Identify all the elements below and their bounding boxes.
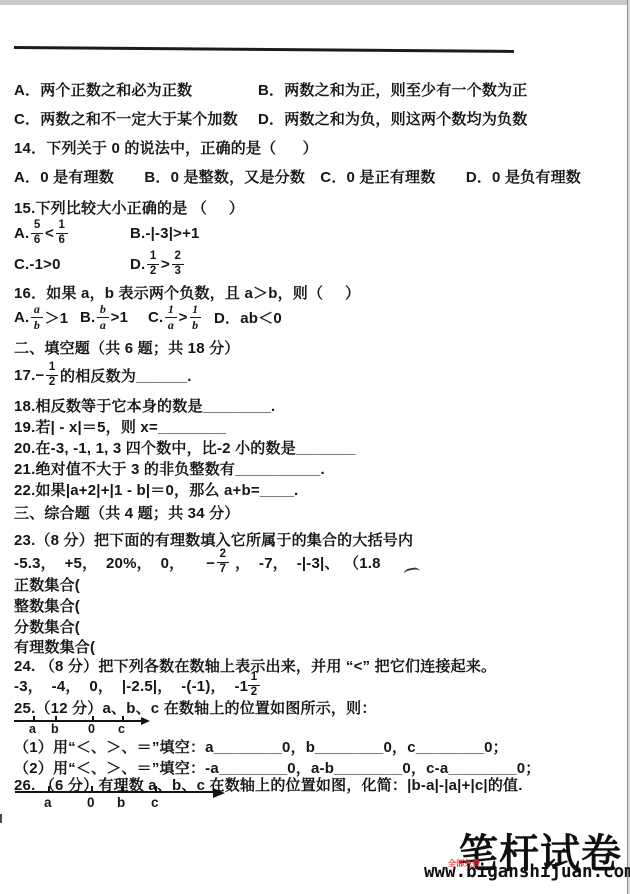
q15-fraction-1-6: 16	[56, 220, 68, 247]
q16-fraction-1-a: 1a	[165, 303, 176, 331]
q17-prefix: 17.−	[14, 367, 44, 384]
q15-option-d: D. 12 > 23	[130, 251, 186, 278]
q13-option-c: C．两数之和不一定大于某个加数	[14, 108, 258, 129]
q26-line-label-0: 0	[87, 795, 95, 810]
q15-fraction-1-2: 12	[147, 251, 159, 278]
q15-options-row-1: A. 56 < 16 B.-|-3|>+1	[14, 218, 200, 248]
q21-line: 21.绝对值不大于 3 的非负整数有__________.	[14, 458, 325, 479]
q20-line: 20.在-3, -1, 1, 3 四个数中，比-2 小的数是_______	[14, 437, 356, 458]
q26-number-line: a 0 b c	[15, 785, 245, 815]
q15-option-a-operator: <	[45, 225, 54, 242]
q15-option-c: C.-1>0	[14, 256, 130, 273]
q23-set-integer: 整数集合(	[14, 595, 80, 616]
q25-line-label-a: a	[29, 722, 36, 736]
q16-option-c: C. 1a > 1b	[148, 303, 214, 331]
q15-option-a: A. 56 < 16	[14, 220, 130, 247]
q16-stem: 16．如果 a，b 表示两个负数，且 a＞b，则（ ）	[14, 282, 360, 303]
q26-line-label-a: a	[44, 795, 52, 810]
q25-number-line: a b 0 c	[14, 712, 154, 738]
q13-option-a: A．两个正数之和必为正数	[14, 79, 258, 100]
q23-set-rational: 有理数集合(	[14, 636, 95, 657]
q16-option-a: A. ab ＞1	[14, 303, 80, 331]
q13-option-d: D．两数之和为负，则这两个数均为负数	[258, 111, 527, 128]
q23-set-fraction: 分数集合(	[14, 616, 80, 637]
q24-fraction-1-2: 12	[248, 672, 260, 699]
q24-numbers-before: -3， -4， 0， |-2.5|， -(-1)， -1	[14, 675, 248, 696]
stray-pen-mark	[403, 567, 420, 579]
q16-option-d: D．ab＜0	[214, 307, 282, 328]
q26-line-label-c: c	[151, 795, 159, 810]
q16-options-row: A. ab ＞1 B. ba >1 C. 1a > 1b D．ab＜0	[14, 302, 282, 332]
q15-stem: 15.下列比较大小正确的是 （ ）	[14, 197, 244, 218]
q23-fraction-2-7: 27	[217, 549, 229, 576]
q22-line: 22.如果|a+2|+|1 - b|＝0，那么 a+b=____.	[14, 479, 298, 500]
q16-fraction-b-a: ba	[97, 303, 108, 331]
q18-line: 18.相反数等于它本身的数是________.	[14, 395, 275, 416]
q23-numbers-line: -5.3， +5， 20%， 0， − 27 ， -7， -|-3|、 （1.8	[14, 547, 381, 577]
q25-line-label-b: b	[51, 722, 59, 736]
q15-fraction-5-6: 56	[31, 220, 43, 247]
q13-option-b: B．两数之和为正，则至少有一个数为正	[258, 82, 527, 99]
q13-options-row-2: C．两数之和不一定大于某个加数D．两数之和为负，则这两个数均为负数	[14, 108, 527, 129]
q13-options-row-1: A．两个正数之和必为正数B．两数之和为正，则至少有一个数为正	[14, 79, 527, 100]
q15-option-b: B.-|-3|>+1	[130, 225, 200, 242]
exam-paper-page: A．两个正数之和必为正数B．两数之和为正，则至少有一个数为正 C．两数之和不一定…	[0, 0, 630, 894]
q23-set-positive: 正数集合(	[14, 574, 80, 595]
q25-line-label-0: 0	[88, 722, 95, 736]
q26-line-label-b: b	[117, 795, 125, 810]
q15-option-a-label: A.	[14, 225, 29, 242]
header-rule	[14, 46, 514, 53]
q15-option-d-operator: >	[161, 256, 170, 273]
watermark-url: www.biganshijuan.com	[424, 862, 630, 882]
q16-option-b: B. ba >1	[80, 303, 148, 331]
q15-options-row-2: C.-1>0 D. 12 > 23	[14, 249, 186, 279]
q25-blank-line-1: （1）用“＜、＞、＝”填空：a________0，b________0，c___…	[14, 736, 508, 757]
q17-fraction-1-2: 12	[46, 362, 58, 389]
q14-stem: 14．下列关于 0 的说法中，正确的是（ ）	[14, 137, 318, 158]
q25-line-label-c: c	[118, 722, 125, 736]
q17-suffix: 的相反数为______.	[60, 365, 192, 386]
scan-top-edge	[0, 0, 630, 5]
q17-line: 17.− 12 的相反数为______.	[14, 361, 192, 389]
q16-fraction-1-b: 1b	[190, 303, 201, 331]
q24-numbers-line: -3， -4， 0， |-2.5|， -(-1)， -1 12	[14, 671, 262, 699]
q15-fraction-2-3: 23	[172, 251, 184, 278]
q23-numbers-after: ， -7， -|-3|、 （1.8	[231, 552, 381, 573]
scan-edge-mark	[0, 814, 2, 823]
q23-numbers-before: -5.3， +5， 20%， 0， −	[14, 552, 215, 573]
q14-options: A．0 是有理数 B．0 是整数，又是分数 C．0 是正有理数 D．0 是负有理…	[14, 166, 581, 187]
section2-heading: 二、填空题（共 6 题；共 18 分）	[14, 337, 240, 358]
section3-heading: 三、综合题（共 4 题；共 34 分）	[14, 502, 240, 523]
q19-line: 19.若| - x|＝5，则 x=________	[14, 416, 226, 437]
q16-fraction-a-b: ab	[31, 303, 42, 331]
q15-option-d-label: D.	[130, 256, 145, 273]
